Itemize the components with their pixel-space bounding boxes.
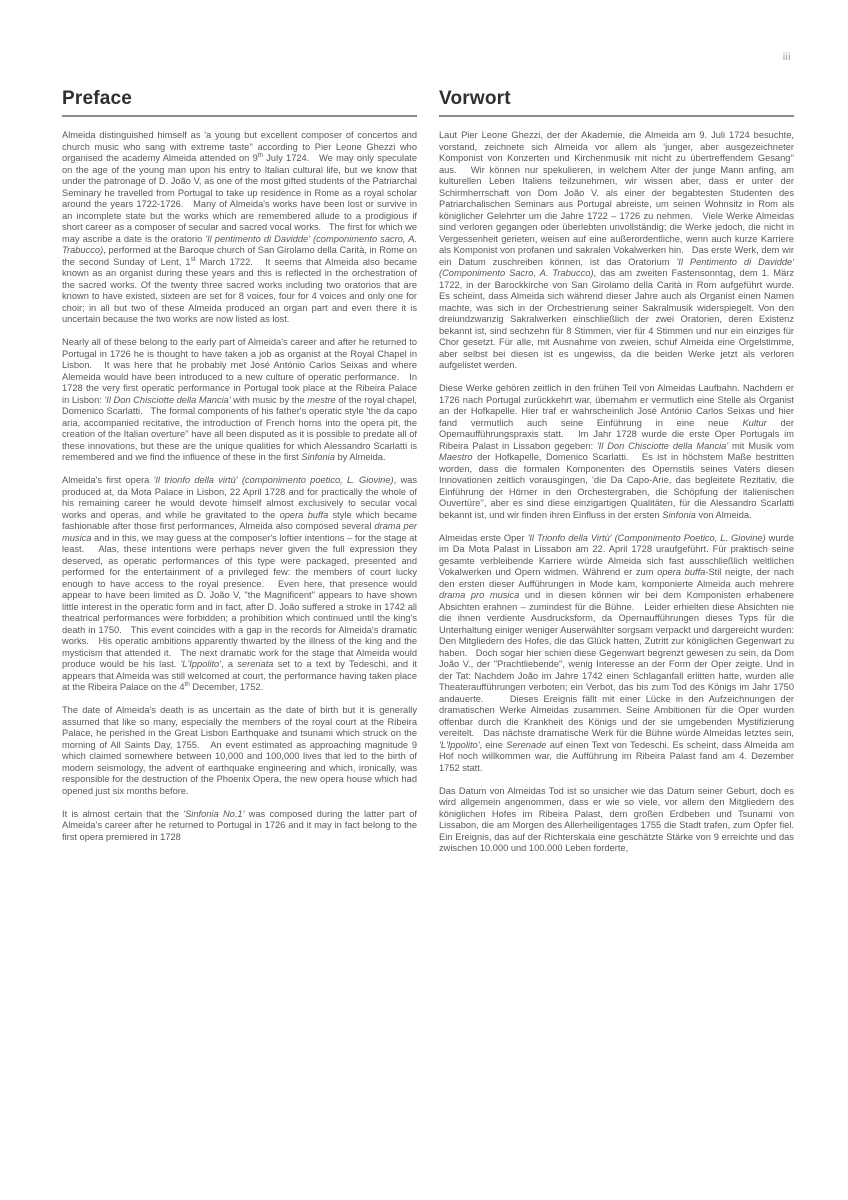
vorwort-column: Vorwort Laut Pier Leone Ghezzi, der der … bbox=[439, 88, 794, 866]
page-number: iii bbox=[783, 52, 791, 63]
preface-heading: Preface bbox=[62, 88, 417, 110]
vorwort-heading: Vorwort bbox=[439, 88, 794, 110]
preface-paragraph-2: Nearly all of these belong to the early … bbox=[62, 337, 417, 464]
preface-column: Preface Almeida distinguished himself as… bbox=[62, 88, 417, 866]
preface-paragraph-1: Almeida distinguished himself as 'a youn… bbox=[62, 130, 417, 326]
preface-heading-rule bbox=[62, 115, 417, 117]
vorwort-paragraph-3: Almeidas erste Oper 'Il Trionfo della Vi… bbox=[439, 533, 794, 775]
vorwort-heading-rule bbox=[439, 115, 794, 117]
preface-paragraph-5: It is almost certain that the 'Sinfonia … bbox=[62, 809, 417, 844]
vorwort-paragraph-4: Das Datum von Almeidas Tod ist so unsich… bbox=[439, 786, 794, 855]
document-page: iii Preface Almeida distinguished himsel… bbox=[0, 0, 848, 1200]
preface-paragraph-3: Almeida's first opera 'Il trionfo della … bbox=[62, 475, 417, 694]
two-column-layout: Preface Almeida distinguished himself as… bbox=[62, 88, 794, 866]
preface-paragraph-4: The date of Almeida's death is as uncert… bbox=[62, 705, 417, 797]
vorwort-paragraph-2: Diese Werke gehören zeitlich in den früh… bbox=[439, 383, 794, 521]
vorwort-paragraph-1: Laut Pier Leone Ghezzi, der der Akademie… bbox=[439, 130, 794, 372]
